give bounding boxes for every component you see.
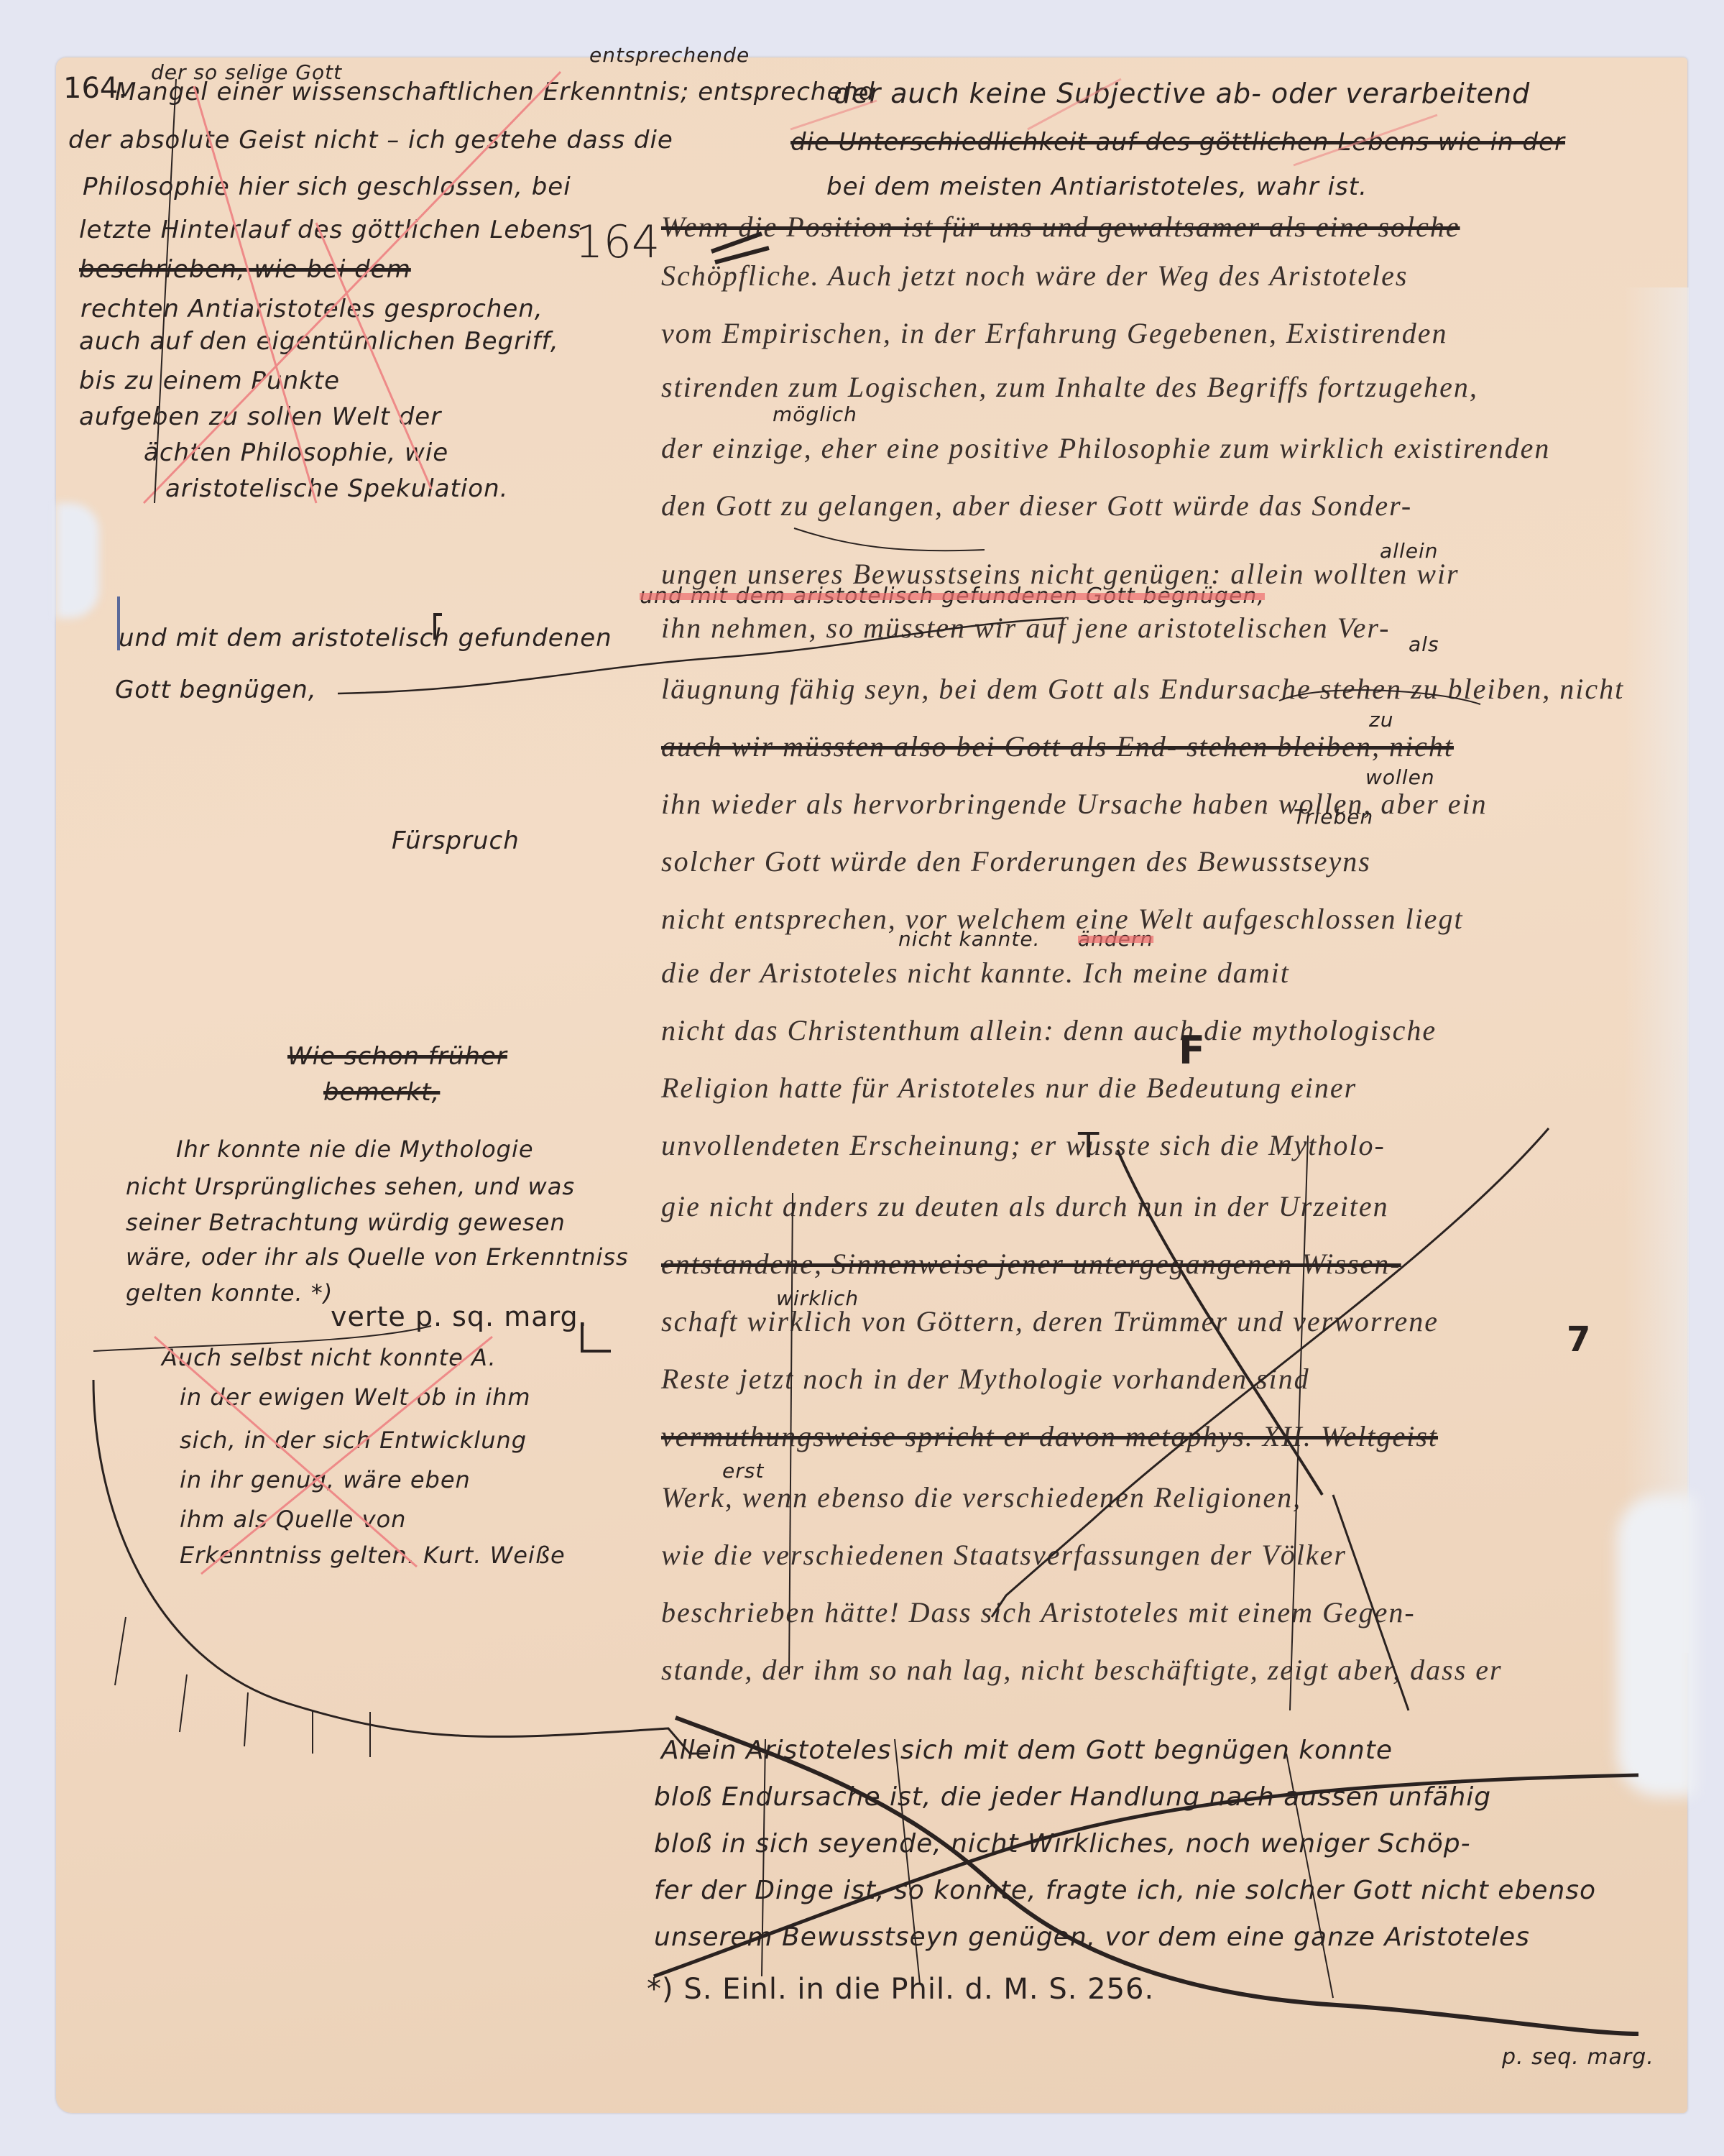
- bracket-mark: [435, 614, 442, 640]
- insertion-mark: [711, 234, 769, 262]
- red-pencil-stroke: [1028, 79, 1121, 129]
- vertical-cancel: [1290, 1135, 1308, 1710]
- cancel-stroke: [1117, 1150, 1322, 1495]
- cancel-stroke: [654, 1775, 1638, 1976]
- red-pencil-stroke: [144, 72, 561, 503]
- tick-mark: [115, 1617, 126, 1685]
- vertical-cancel: [895, 1739, 920, 1984]
- vertical-cancel: [789, 1193, 793, 1674]
- vertical-cancel: [762, 1739, 765, 1976]
- connector-curve: [794, 528, 985, 550]
- red-pencil-stroke: [316, 223, 431, 489]
- cancel-stroke: [1333, 1495, 1409, 1710]
- red-pencil-stroke: [1294, 115, 1437, 165]
- insertion-marker-icon: T: [1077, 1125, 1100, 1166]
- cancel-stroke: [992, 1128, 1549, 1617]
- red-pencil-stroke: [790, 101, 877, 129]
- corner-mark: [582, 1322, 611, 1351]
- connector-curve: [338, 618, 1064, 694]
- red-pencil-stroke: [155, 1337, 417, 1567]
- tick-mark: [244, 1692, 248, 1746]
- connector-curve: [1279, 690, 1480, 704]
- cancel-stroke: [676, 1718, 1638, 2034]
- insertion-marker-icon: 7: [1567, 1319, 1590, 1360]
- red-pencil-stroke: [194, 86, 316, 503]
- connector-curve: [93, 1380, 708, 1754]
- margin-rule: [155, 79, 176, 503]
- markup-strokes: F T 7: [0, 0, 1724, 2156]
- insertion-marker-icon: F: [1179, 1028, 1205, 1073]
- tick-mark: [180, 1674, 187, 1732]
- connector-curve: [93, 1326, 431, 1351]
- red-pencil-stroke: [201, 1337, 492, 1574]
